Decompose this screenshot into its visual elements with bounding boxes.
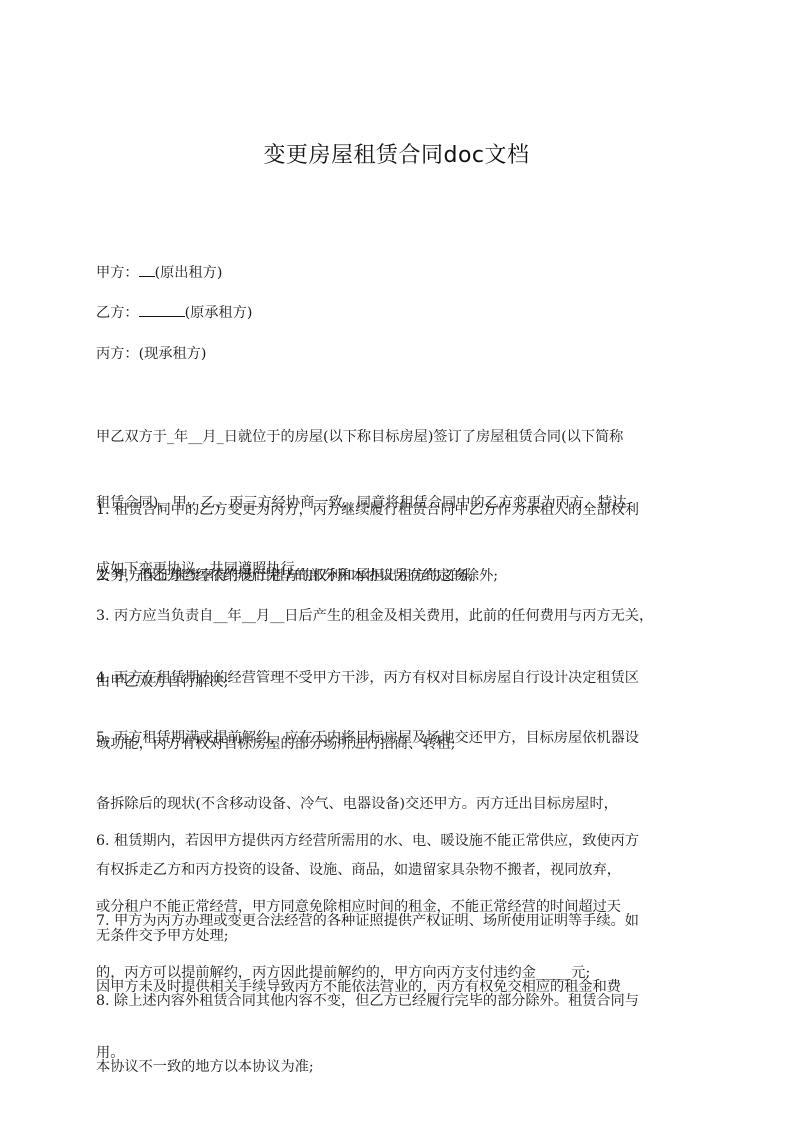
document-title: 变更房屋租赁合同doc文档 <box>0 138 793 169</box>
party-a: 甲方：(原出租方) <box>96 262 716 284</box>
party-c: 丙方：(现承租方) <box>96 343 716 365</box>
intro-line: 甲乙双方于_年__月_日就位于的房屋(以下称目标房屋)签订了房屋租赁合同(以下简… <box>96 426 716 448</box>
party-c-role: (现承租方) <box>139 346 207 362</box>
party-a-role: (原出租方) <box>155 265 223 281</box>
clause-line: 本协议不一致的地方以本协议为准; <box>96 1056 716 1078</box>
party-a-label: 甲方： <box>96 265 139 281</box>
party-b: 乙方：(原承租方) <box>96 302 716 324</box>
party-b-blank <box>139 304 185 317</box>
party-c-label: 丙方： <box>96 346 139 362</box>
clause-line: 1. 租赁合同中的乙方变更为丙方，丙方继续履行租赁合同中乙方作为承租人的全部权利 <box>96 499 716 521</box>
clause-line: 7. 甲方为丙方办理或变更合法经营的各种证照提供产权证明、场所使用证明等手续。如 <box>96 910 716 932</box>
clause-line: 6. 租赁期内，若因甲方提供丙方经营所需用的水、电、暖设施不能正常供应，致使丙方 <box>96 830 716 852</box>
clause-line: 8. 除上述内容外租赁合同其他内容不变，但乙方已经履行完毕的部分除外。租赁合同与 <box>96 990 716 1012</box>
party-a-blank <box>139 264 155 277</box>
party-b-label: 乙方： <box>96 305 139 321</box>
party-b-role: (原承租方) <box>185 305 253 321</box>
clause-line: 5. 丙方租赁期满或提前解约，应在天内将目标房屋及场地交还甲方，目标房屋依机器设 <box>96 727 716 749</box>
clause-8: 8. 除上述内容外租赁合同其他内容不变，但乙方已经履行完毕的部分除外。租赁合同与… <box>96 946 716 1100</box>
